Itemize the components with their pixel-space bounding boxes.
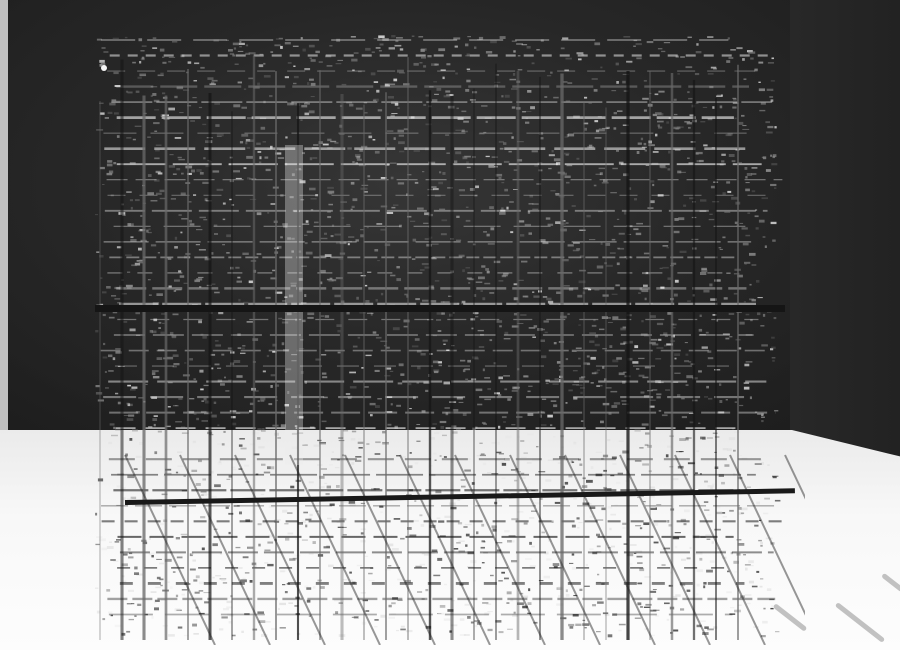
backdrop-edge: [0, 0, 8, 430]
floor-shadow-streak: [881, 573, 900, 592]
backdrop-right-panel: [790, 0, 900, 455]
lattice-cube: [85, 25, 805, 645]
floor-shadow-streak: [835, 602, 885, 643]
lattice-crossbeam: [95, 305, 785, 312]
lattice-photograph: [0, 0, 900, 650]
lattice-grid: [85, 25, 805, 645]
